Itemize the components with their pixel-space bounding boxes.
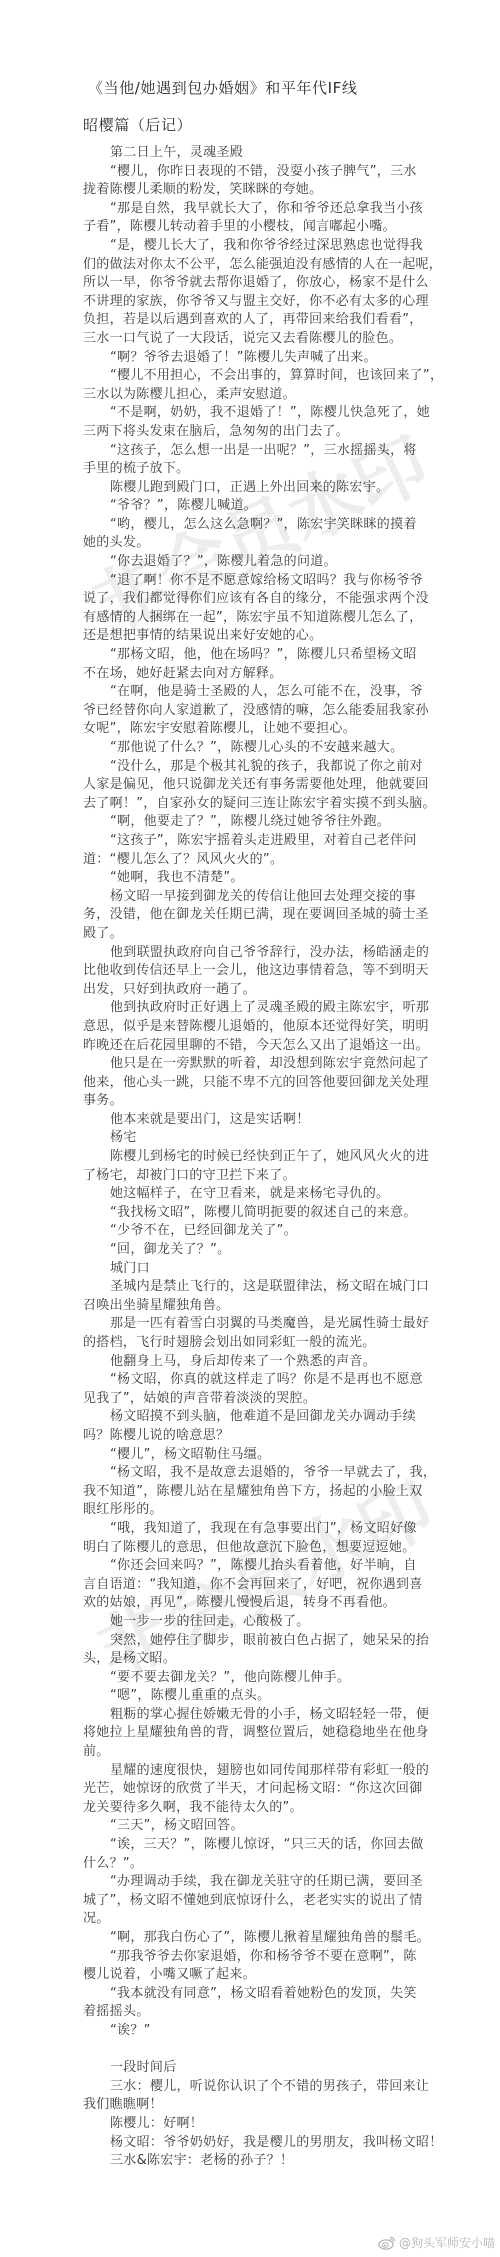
paragraph: “那他说了什么？”，陈樱儿心头的不安越来越大。 [83,739,428,758]
weibo-handle: @狗头军师安小喵 [399,2234,495,2251]
text-line: 还是想把事情的结果说出来好安她的心。 [83,627,428,646]
paragraph: 陈樱儿跑到殿门口，正遇上外出回来的陈宏宇。 [83,479,428,498]
text-line: “啊，他要走了？”，陈樱儿绕过她爷爷往外跑。 [83,813,428,832]
text-line: “樱儿，你昨日表现的不错，没耍小孩子脾气”，三水 [83,163,428,182]
paragraph: 他到联盟执政府向自己爷爷辞行，没办法，杨皓涵走的比他收到传信还早上一会儿，他这边… [83,944,428,1000]
text-line: “你还会回来吗？”，陈樱儿抬头看着他，好半晌，自 [83,1557,428,1576]
text-line: 三水：樱儿，听说你认识了个不错的男孩子，带回来让 [83,2078,428,2097]
text-line: “那我爷爷去你家退婚，你和杨爷爷不要在意啊”，陈 [83,1948,428,1967]
text-line: “嗯”，陈樱儿重重的点头。 [83,1687,428,1706]
text-line: 出发，只好到执政府一趟了。 [83,981,428,1000]
text-line: 前。 [83,1743,428,1762]
text-line: 事务。 [83,1092,428,1111]
text-line: “没什么，那是个极其礼貌的孩子，我都说了你之前对 [83,758,428,777]
text-line: 欢的姑娘，再见”，陈樱儿慢慢后退，转身不再看他。 [83,1594,428,1613]
paragraph: 她这幅样子，在守卫看来，就是来杨宅寻仇的。 [83,1185,428,1204]
text-line: 三水以为陈樱儿担心，柔声安慰道。 [83,386,428,405]
text-line: 言自语道：“我知道，你不会再回来了，好吧，祝你遇到喜 [83,1576,428,1595]
text-line: 比他收到传信还早上一会儿，他这边事情着急，等不到明天 [83,962,428,981]
story-body: 第二日上午，灵魂圣殿 “樱儿，你昨日表现的不错，没耍小孩子脾气”，三水拢着陈樱儿… [83,144,428,2171]
paragraph: “办理调动手续，我在御龙关驻守的任期已满，要回圣城了”，杨文昭不懂她到底惊讶什么… [83,1873,428,1929]
text-line: 务，没错，他在御龙关任期已满，现在要调回圣城的骑士圣 [83,906,428,925]
text-line: 头，是杨文昭。 [83,1650,428,1669]
paragraph: 那是一匹有着雪白羽翼的马类魔兽，是光属性骑士最好的搭档，飞行时翅膀会划出如同彩虹… [83,1315,428,1352]
paragraph: “你还会回来吗？”，陈樱儿抬头看着他，好半晌，自言自语道：“我知道，你不会再回来… [83,1557,428,1613]
weibo-watermark: @狗头军师安小喵 [378,2234,495,2251]
text-line: “樱儿”，杨文昭勒住马缰。 [83,1446,428,1465]
text-line: “樱儿不用担心，不会出事的，算算时间，也该回来了”， [83,367,428,386]
text-line: 的搭档，飞行时翅膀会划出如同彩虹一般的流光。 [83,1334,428,1353]
paragraph: 杨文昭摸不到头脑，他难道不是回御龙关办调动手续吗？陈樱儿说的啥意思？ [83,1408,428,1445]
dialogue-line: 陈樱儿：好啊！ [83,2115,428,2134]
paragraph: “没什么，那是个极其礼貌的孩子，我都说了你之前对人家是偏见，他只说御龙关还有事务… [83,758,428,814]
text-line: “少爷不在，已经回御龙关了”。 [83,1222,428,1241]
text-line: 负担，若是以后遇到喜欢的人了，再带回来给我们看看”， [83,311,428,330]
text-line: 殿了。 [83,925,428,944]
text-line: 他翻身上马，身后却传来了一个熟悉的声音。 [83,1353,428,1372]
paragraph: 他到执政府时正好遇上了灵魂圣殿的殿主陈宏宇，听那意思，似乎是来替陈樱儿退婚的，他… [83,999,428,1055]
text-line: 去了啊！”，自家孙女的疑问三连让陈宏宇着实摸不到头脑。 [83,795,428,814]
weibo-logo-icon [378,2235,396,2250]
text-line: 将她拉上星耀独角兽的背，调整位置后，她稳稳地坐在他身 [83,1724,428,1743]
paragraph: “她啊，我也不清楚”。 [83,869,428,888]
text-line: 昨晚还在后花园里聊的不错，今天怎么又出了退婚这一出。 [83,1037,428,1056]
text-line: “不是啊，奶奶，我不退婚了！”，陈樱儿快急死了，她 [83,404,428,423]
paragraph: “我找杨文昭”，陈樱儿简明扼要的叙述自己的来意。 [83,1204,428,1223]
paragraph: “你去退婚了？”，陈樱儿着急的问道。 [83,553,428,572]
text-line: “杨文昭，我不是故意去退婚的，爷爷一早就去了，我， [83,1464,428,1483]
text-line: 不在场，她好赶紧去向对方解释。 [83,665,428,684]
text-line: 杨宅 [83,1129,428,1148]
text-line: “爷爷？”，陈樱儿喊道。 [83,497,428,516]
text-line: 拢着陈樱儿柔顺的粉发，笑眯眯的夸她。 [83,181,428,200]
text-line: 她这幅样子，在守卫看来，就是来杨宅寻仇的。 [83,1185,428,1204]
paragraph: “啊？爷爷去退婚了！”陈樱儿失声喊了出来。 [83,349,428,368]
long-image-page: 《当他/她遇到包办婚姻》和平年代IF线 昭樱篇（后记） 第二日上午，灵魂圣殿 “… [0,0,500,2257]
paragraph: “樱儿”，杨文昭勒住马缰。 [83,1446,428,1465]
text-line: 况。 [83,1910,428,1929]
text-line: 不讲理的家族，你爷爷又与盟主交好，你不必有太多的心理 [83,293,428,312]
text-line: 我们瞧瞧啊！ [83,2096,428,2115]
paragraph: “哦，我知道了，我现在有急事要出门”，杨文昭好像明白了陈樱儿的意思，但他故意沉下… [83,1520,428,1557]
text-line: 陈樱儿：好啊！ [83,2115,428,2134]
text-line: 道：“樱儿怎么了？风风火火的”。 [83,851,428,870]
text-line: 星耀的速度很快，翅膀也如同传闻那样带有彩虹一般的 [83,1762,428,1781]
text-line: “你去退婚了？”，陈樱儿着急的问道。 [83,553,428,572]
text-line: 们的做法对你太不公平，怎么能强迫没有感情的人在一起呢， [83,256,428,275]
text-line: 眼红彤彤的。 [83,1501,428,1520]
document-subtitle: 昭樱篇（后记） [83,115,192,135]
paragraph: 圣城内是禁止飞行的，这是联盟律法，杨文昭在城门口召唤出坐骑星耀独角兽。 [83,1278,428,1315]
text-line: 一段时间后 [83,2059,428,2078]
paragraph: “啊，那我白伤心了”，陈樱儿揪着星耀独角兽的鬃毛。 [83,1929,428,1948]
text-line: “我本就没有同意”，杨文昭看着她粉色的发顶，失笑 [83,1985,428,2004]
text-line: “回，御龙关了？”。 [83,1241,428,1260]
paragraph: 杨文昭一早接到御龙关的传信让他回去处理交接的事务，没错，他在御龙关任期已满，现在… [83,888,428,944]
paragraph: 陈樱儿到杨宅的时候已经快到正午了，她风风火火的进了杨宅，却被门口的守卫拦下来了。 [83,1148,428,1185]
scene-heading: 城门口 [83,1260,428,1279]
dialogue-line: 杨文昭：爷爷奶奶好，我是樱儿的男朋友，我叫杨文昭！ [83,2134,428,2153]
text-line: 着摇摇头。 [83,2003,428,2022]
text-line: “三天”，杨文昭回答。 [83,1817,428,1836]
text-line: 人家是偏见，他只说御龙关还有事务需要他处理，他就要回 [83,776,428,795]
text-line: 他本来就是要出门，这是实话啊！ [83,1111,428,1130]
text-line: “那杨文昭，他，他在场吗？”，陈樱儿只希望杨文昭 [83,646,428,665]
paragraph: “爷爷？”，陈樱儿喊道。 [83,497,428,516]
scene-heading: 第二日上午，灵魂圣殿 [83,144,428,163]
dialogue-line: 三水：樱儿，听说你认识了个不错的男孩子，带回来让我们瞧瞧啊！ [83,2078,428,2115]
text-line: 陈樱儿到杨宅的时候已经快到正午了，她风风火火的进 [83,1148,428,1167]
scene-heading: 一段时间后 [83,2059,428,2078]
text-line: 爷已经替你向人家道歉了，没感情的嘛，怎么能委屈我家孙 [83,702,428,721]
text-line: “那他说了什么？”，陈樱儿心头的不安越来越大。 [83,739,428,758]
text-line: “诶，三天？”，陈樱儿惊讶，“只三天的话，你回去做 [83,1836,428,1855]
text-line: “啊，那我白伤心了”，陈樱儿揪着星耀独角兽的鬃毛。 [83,1929,428,1948]
text-line: 杨文昭：爷爷奶奶好，我是樱儿的男朋友，我叫杨文昭！ [83,2134,428,2153]
text-line: 他到执政府时正好遇上了灵魂圣殿的殿主陈宏宇，听那 [83,999,428,1018]
text-line: 城了”，杨文昭不懂她到底惊讶什么，老老实实的说出了情 [83,1892,428,1911]
paragraph: “嗯”，陈樱儿重重的点头。 [83,1687,428,1706]
text-line: 她一步一步的往回走，心酸极了。 [83,1613,428,1632]
text-line: 陈樱儿跑到殿门口，正遇上外出回来的陈宏宇。 [83,479,428,498]
text-line: 她的头发。 [83,534,428,553]
text-line: “我找杨文昭”，陈樱儿简明扼要的叙述自己的来意。 [83,1204,428,1223]
paragraph: “在啊，他是骑士圣殿的人，怎么可能不在，没事，爷爷已经替你向人家道歉了，没感情的… [83,683,428,739]
paragraph: 他本来就是要出门，这是实话啊！ [83,1111,428,1130]
text-line: 杨文昭一早接到御龙关的传信让他回去处理交接的事 [83,888,428,907]
text-line: “要不要去御龙关？”，他向陈樱儿伸手。 [83,1669,428,1688]
paragraph: “樱儿，你昨日表现的不错，没耍小孩子脾气”，三水拢着陈樱儿柔顺的粉发，笑眯眯的夸… [83,163,428,200]
text-line: “退了啊！你不是不愿意嫁给杨文昭吗？我与你杨爷爷 [83,572,428,591]
text-line: 说了，我们都觉得你们应该有各自的缘分，不能强求两个没 [83,590,428,609]
paragraph: “诶？” [83,2022,428,2041]
paragraph: “哟，樱儿，怎么这么急啊？”，陈宏宇笑眯眯的摸着她的头发。 [83,516,428,553]
paragraph: “回，御龙关了？”。 [83,1241,428,1260]
text-line: 他到联盟执政府向自己爷爷辞行，没办法，杨皓涵走的 [83,944,428,963]
paragraph: 星耀的速度很快，翅膀也如同传闻那样带有彩虹一般的光芒，她惊讶的欣赏了半天，才问起… [83,1762,428,1818]
text-line: “那是自然，我早就长大了，你和爷爷还总拿我当小孩 [83,200,428,219]
paragraph: “诶，三天？”，陈樱儿惊讶，“只三天的话，你回去做什么？”。 [83,1836,428,1873]
paragraph: “啊，他要走了？”，陈樱儿绕过她爷爷往外跑。 [83,813,428,832]
paragraph: “少爷不在，已经回御龙关了”。 [83,1222,428,1241]
text-line: “诶？” [83,2022,428,2041]
paragraph: “樱儿不用担心，不会出事的，算算时间，也该回来了”，三水以为陈樱儿担心，柔声安慰… [83,367,428,404]
text-line: “办理调动手续，我在御龙关驻守的任期已满，要回圣 [83,1873,428,1892]
text-line: 突然，她停住了脚步，眼前被白色占据了，她呆呆的抬 [83,1632,428,1651]
text-line: “杨文昭，你真的就这样走了吗？你是不是再也不愿意 [83,1371,428,1390]
text-line: 光芒，她惊讶的欣赏了半天，才问起杨文昭：“你这次回御 [83,1780,428,1799]
paragraph: “三天”，杨文昭回答。 [83,1817,428,1836]
text-line: “啊？爷爷去退婚了！”陈樱儿失声喊了出来。 [83,349,428,368]
text-line: “这孩子，怎么想一出是一出呢？”，三水摇摇头，将 [83,442,428,461]
document-title: 《当他/她遇到包办婚姻》和平年代IF线 [88,78,358,98]
paragraph: 她一步一步的往回走，心酸极了。 [83,1613,428,1632]
text-line: 意思，似乎是来替陈樱儿退婚的，他原本还觉得好笑，明明 [83,1018,428,1037]
paragraph: “要不要去御龙关？”，他向陈樱儿伸手。 [83,1669,428,1688]
text-line: 三水一口气说了一大段话，说完又去看陈樱儿的脸色。 [83,330,428,349]
text-line: 杨文昭摸不到头脑，他难道不是回御龙关办调动手续 [83,1408,428,1427]
paragraph: “这孩子”，陈宏宇摇着头走进殿里，对着自己老伴问道：“樱儿怎么了？风风火火的”。 [83,832,428,869]
paragraph: 他翻身上马，身后却传来了一个熟悉的声音。 [83,1353,428,1372]
text-line: “是，樱儿长大了，我和你爷爷经过深思熟虑也觉得我 [83,237,428,256]
paragraph: “杨文昭，你真的就这样走了吗？你是不是再也不愿意见我了”，姑娘的声音带着淡淡的哭… [83,1371,428,1408]
text-line: 明白了陈樱儿的意思，但他故意沉下脸色，想要逗逗她。 [83,1539,428,1558]
text-line: “她啊，我也不清楚”。 [83,869,428,888]
text-line: 子看”，陈樱儿转动着手里的小樱枝，闻言嘟起小嘴。 [83,218,428,237]
paragraph: “不是啊，奶奶，我不退婚了！”，陈樱儿快急死了，她三两下将头发束在脑后，急匆匆的… [83,404,428,441]
text-line: 他来，他心头一跳，只能不卑不亢的回答他要回御龙关处理 [83,1074,428,1093]
text-line: 龙关要待多久啊，我不能待太久的”。 [83,1799,428,1818]
text-line: “在啊，他是骑士圣殿的人，怎么可能不在，没事，爷 [83,683,428,702]
text-line: 见我了”，姑娘的声音带着淡淡的哭腔。 [83,1390,428,1409]
paragraph: 他只是在一旁默默的听着，却没想到陈宏宇竟然问起了他来，他心头一跳，只能不卑不亢的… [83,1055,428,1111]
text-line: 什么？”。 [83,1855,428,1874]
text-line: 手里的梳子放下。 [83,460,428,479]
paragraph: “杨文昭，我不是故意去退婚的，爷爷一早就去了，我，我不知道”，陈樱儿站在星耀独角… [83,1464,428,1520]
text-line: 女呢”，陈宏宇安慰着陈樱儿，让她不要担心。 [83,720,428,739]
paragraph: “这孩子，怎么想一出是一出呢？”，三水摇摇头，将手里的梳子放下。 [83,442,428,479]
text-line: 城门口 [83,1260,428,1279]
text-line: 他只是在一旁默默的听着，却没想到陈宏宇竟然问起了 [83,1055,428,1074]
scene-heading: 杨宅 [83,1129,428,1148]
text-line: 三水&陈宏宇：老杨的孙子？！ [83,2152,428,2171]
paragraph: 粗粝的掌心握住娇嫩无骨的小手，杨文昭轻轻一带，便将她拉上星耀独角兽的背，调整位置… [83,1706,428,1762]
text-line: 圣城内是禁止飞行的，这是联盟律法，杨文昭在城门口 [83,1278,428,1297]
text-line: “哟，樱儿，怎么这么急啊？”，陈宏宇笑眯眯的摸着 [83,516,428,535]
paragraph: “是，樱儿长大了，我和你爷爷经过深思熟虑也觉得我们的做法对你太不公平，怎么能强迫… [83,237,428,349]
paragraph: “我本就没有同意”，杨文昭看着她粉色的发顶，失笑着摇摇头。 [83,1985,428,2022]
text-line: 吗？陈樱儿说的啥意思？ [83,1427,428,1446]
text-line: “哦，我知道了，我现在有急事要出门”，杨文昭好像 [83,1520,428,1539]
text-line: 樱儿说着，小嘴又噘了起来。 [83,1966,428,1985]
paragraph: 突然，她停住了脚步，眼前被白色占据了，她呆呆的抬头，是杨文昭。 [83,1632,428,1669]
paragraph: “退了啊！你不是不愿意嫁给杨文昭吗？我与你杨爷爷说了，我们都觉得你们应该有各自的… [83,572,428,646]
text-line: 那是一匹有着雪白羽翼的马类魔兽，是光属性骑士最好 [83,1315,428,1334]
text-line: 所以一早，你爷爷就去帮你退婚了，你放心，杨家不是什么 [83,274,428,293]
text-line: 粗粝的掌心握住娇嫩无骨的小手，杨文昭轻轻一带，便 [83,1706,428,1725]
text-line: 第二日上午，灵魂圣殿 [83,144,428,163]
text-line: 我不知道”，陈樱儿站在星耀独角兽下方，扬起的小脸上双 [83,1483,428,1502]
paragraph: “那我爷爷去你家退婚，你和杨爷爷不要在意啊”，陈樱儿说着，小嘴又噘了起来。 [83,1948,428,1985]
paragraph: “那是自然，我早就长大了，你和爷爷还总拿我当小孩子看”，陈樱儿转动着手里的小樱枝… [83,200,428,237]
text-line: 三两下将头发束在脑后，急匆匆的出门去了。 [83,423,428,442]
text-line: 了杨宅，却被门口的守卫拦下来了。 [83,1167,428,1186]
text-line: 有感情的人捆绑在一起”，陈宏宇虽不知道陈樱儿怎么了， [83,609,428,628]
text-line: “这孩子”，陈宏宇摇着头走进殿里，对着自己老伴问 [83,832,428,851]
dialogue-line: 三水&陈宏宇：老杨的孙子？！ [83,2152,428,2171]
paragraph: “那杨文昭，他，他在场吗？”，陈樱儿只希望杨文昭不在场，她好赶紧去向对方解释。 [83,646,428,683]
text-line: 召唤出坐骑星耀独角兽。 [83,1297,428,1316]
